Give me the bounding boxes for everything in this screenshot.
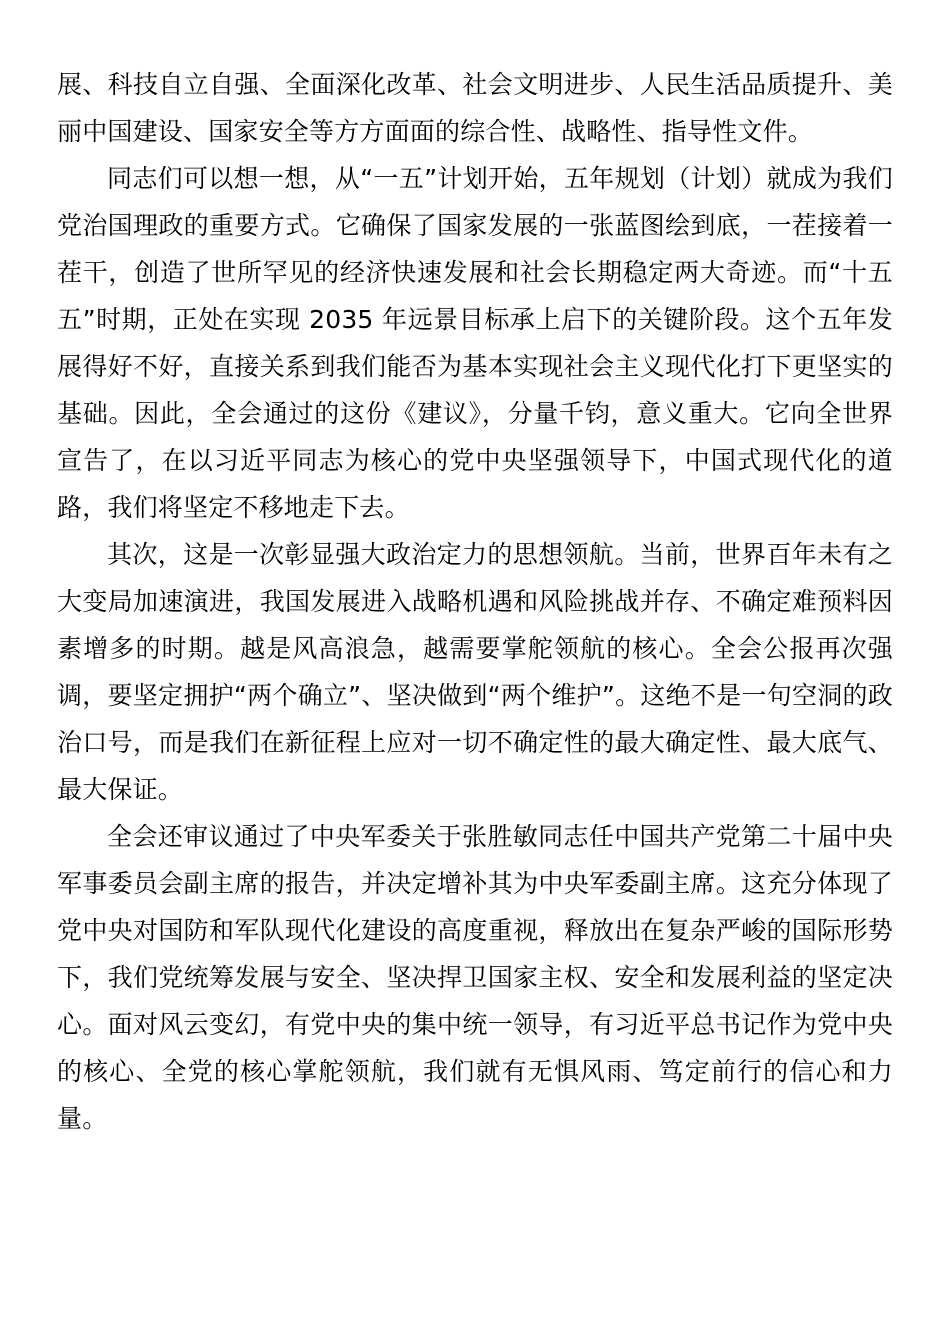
paragraph-five-year-plan: 同志们可以想一想，从“一五”计划开始，五年规划（计划）就成为我们党治国理政的重要… <box>57 155 893 531</box>
paragraph-document-description-continuation: 展、科技自立自强、全面深化改革、社会文明进步、人民生活品质提升、美丽中国建设、国… <box>57 61 893 155</box>
document-page: 展、科技自立自强、全面深化改革、社会文明进步、人民生活品质提升、美丽中国建设、国… <box>0 0 950 1344</box>
paragraph-cmc-appointment: 全会还审议通过了中央军委关于张胜敏同志任中国共产党第二十届中央军事委员会副主席的… <box>57 813 893 1142</box>
paragraph-political-resolve: 其次，这是一次彰显强大政治定力的思想领航。当前，世界百年未有之大变局加速演进，我… <box>57 531 893 813</box>
